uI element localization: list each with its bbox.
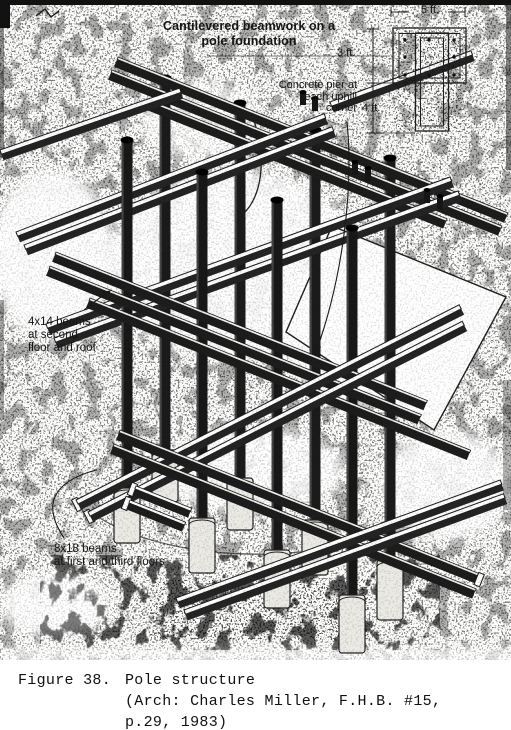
illustration-title: Cantilevered beamwork on a pole foundati… xyxy=(158,19,340,48)
figure-title: Pole structure xyxy=(125,670,441,691)
inset-lower-dimension: 4 ft. xyxy=(362,102,380,114)
beams-4x14-label: 4x14 beams at second floor and roof xyxy=(28,316,96,355)
beams-8x18-label: 8x18 beams at first and third floors xyxy=(54,543,165,569)
inset-upper-dimension: 3 ft. xyxy=(337,47,355,59)
scanned-figure-page: Cantilevered beamwork on a pole foundati… xyxy=(0,0,511,730)
figure-caption: Figure 38. Pole structure (Arch: Charles… xyxy=(18,670,441,730)
figure-credit-line1: (Arch: Charles Miller, F.H.B. #15, xyxy=(125,691,441,712)
inset-width-dimension: 5 ft. xyxy=(410,4,450,16)
figure-credit-line2: p.29, 1983) xyxy=(125,712,441,730)
concrete-pier-label: Concrete pier at each uphill corner xyxy=(236,80,357,115)
figure-number: Figure 38. xyxy=(18,670,125,730)
